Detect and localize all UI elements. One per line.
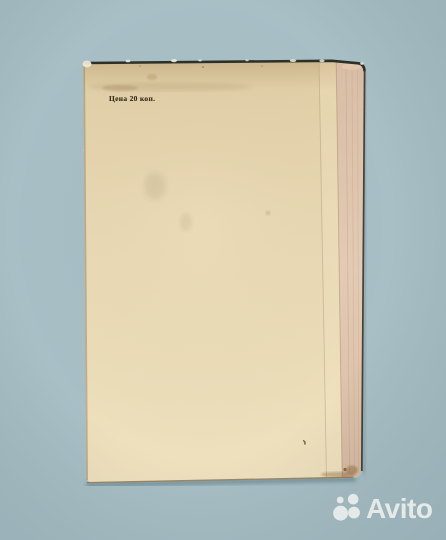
vignette-overlay	[0, 0, 446, 540]
book-photo-graphic	[0, 0, 446, 540]
product-photo: Цена 20 коп. Avito	[0, 0, 446, 540]
avito-watermark: Avito	[333, 493, 432, 523]
price-stamp: Цена 20 коп.	[109, 94, 155, 103]
avito-logo-icon	[333, 493, 363, 523]
avito-watermark-text: Avito	[366, 493, 432, 523]
